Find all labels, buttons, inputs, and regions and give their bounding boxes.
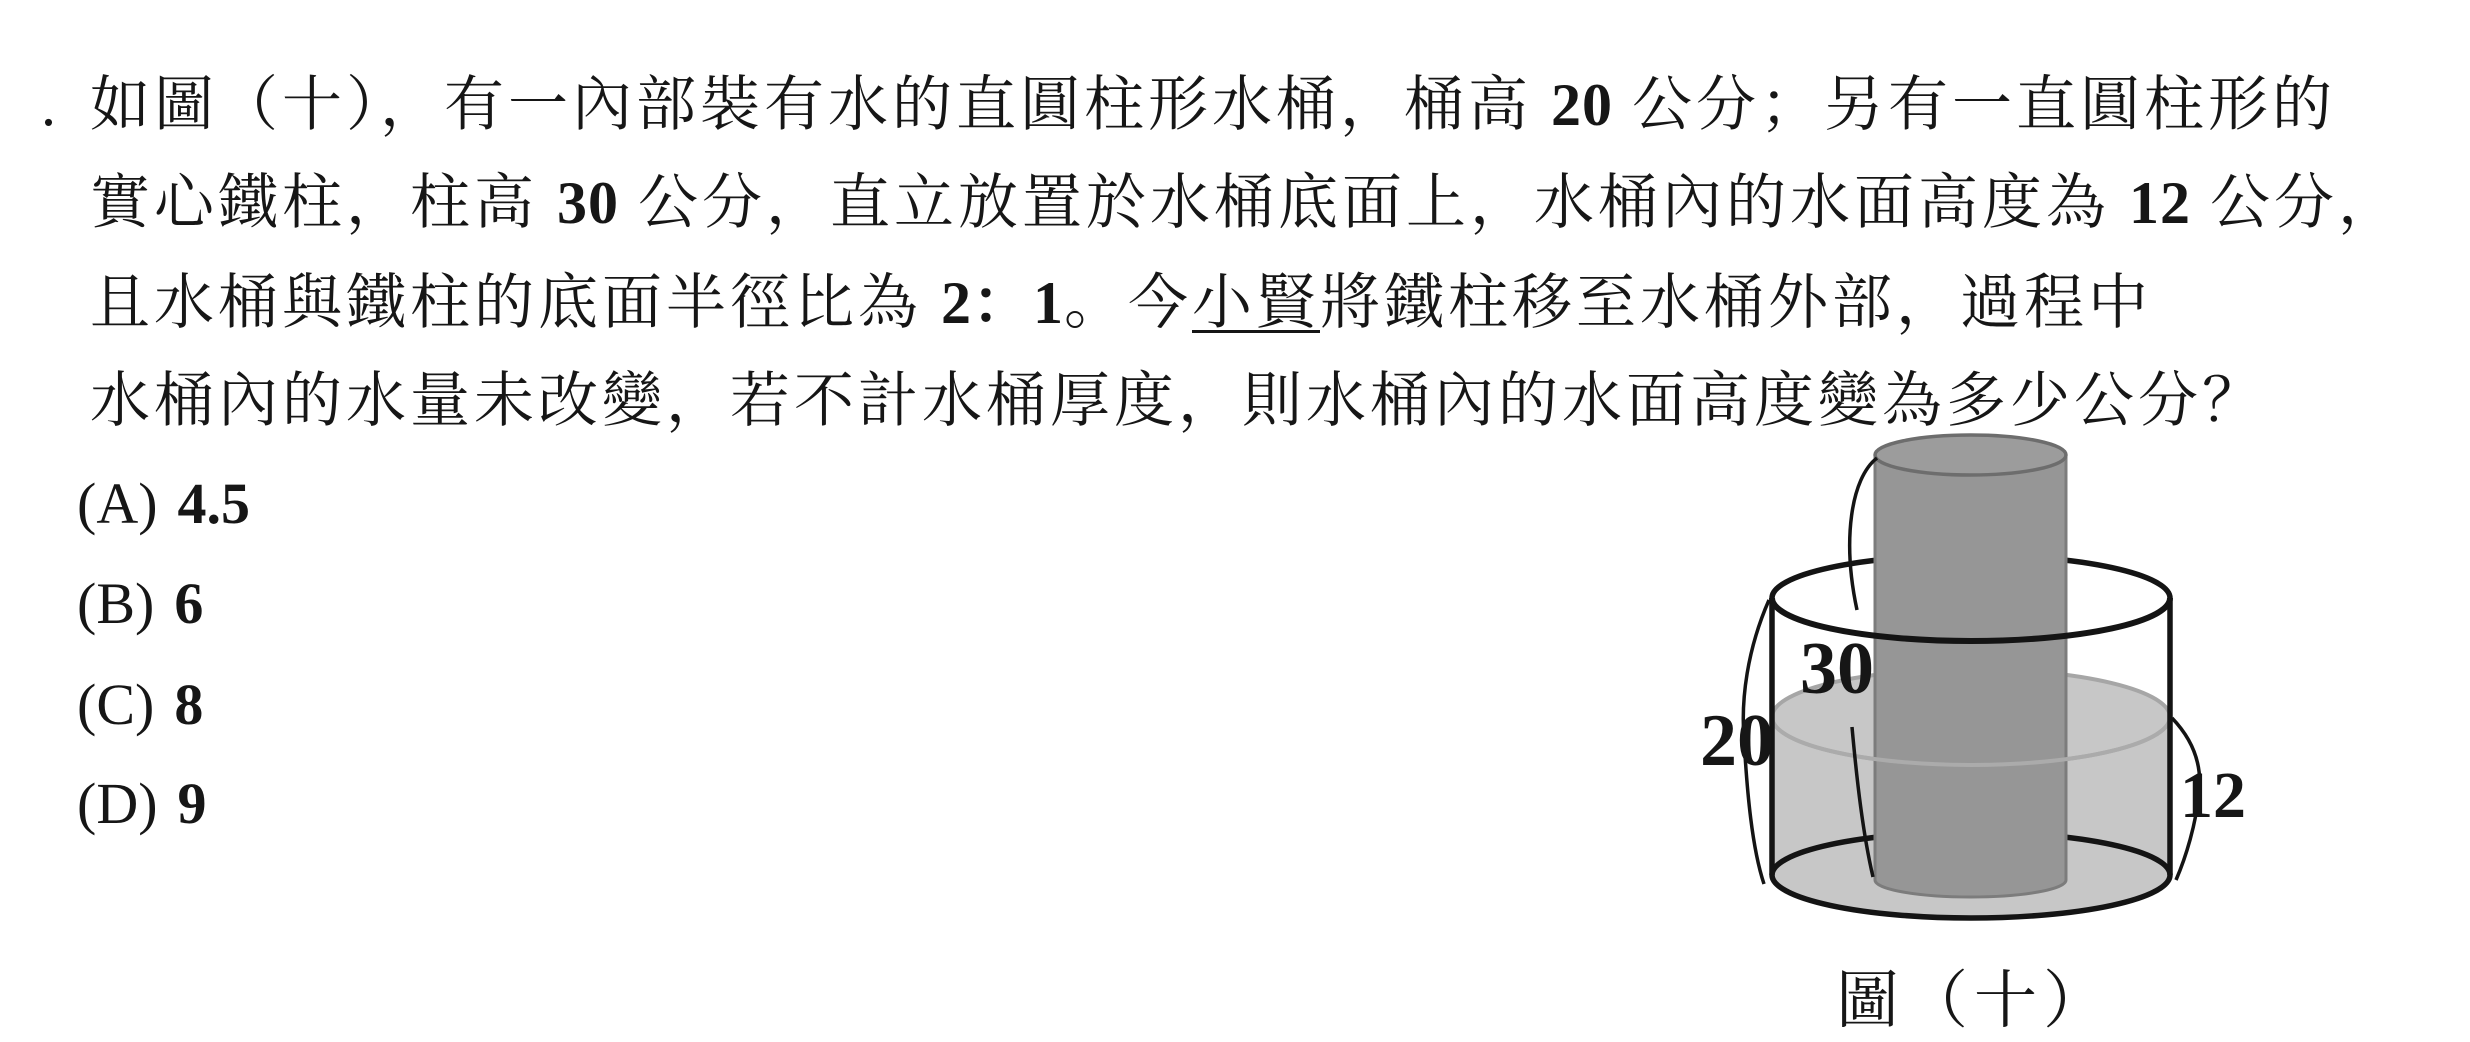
figure-caption: 圖（十） xyxy=(1836,966,2112,1036)
bracket-30-upper xyxy=(1850,458,1877,610)
bucket-pillar-figure: 30 20 12 圖（十） xyxy=(0,0,2470,1042)
exam-page: { "page": { "background": "#ffffff", "te… xyxy=(0,0,2470,1042)
label-water-level-12: 12 xyxy=(2180,759,2246,832)
label-bucket-height-20: 20 xyxy=(1700,700,1774,782)
label-pillar-height-30: 30 xyxy=(1800,628,1874,710)
iron-pillar-top-ellipse xyxy=(1875,435,2066,475)
iron-pillar-body xyxy=(1875,455,2066,897)
